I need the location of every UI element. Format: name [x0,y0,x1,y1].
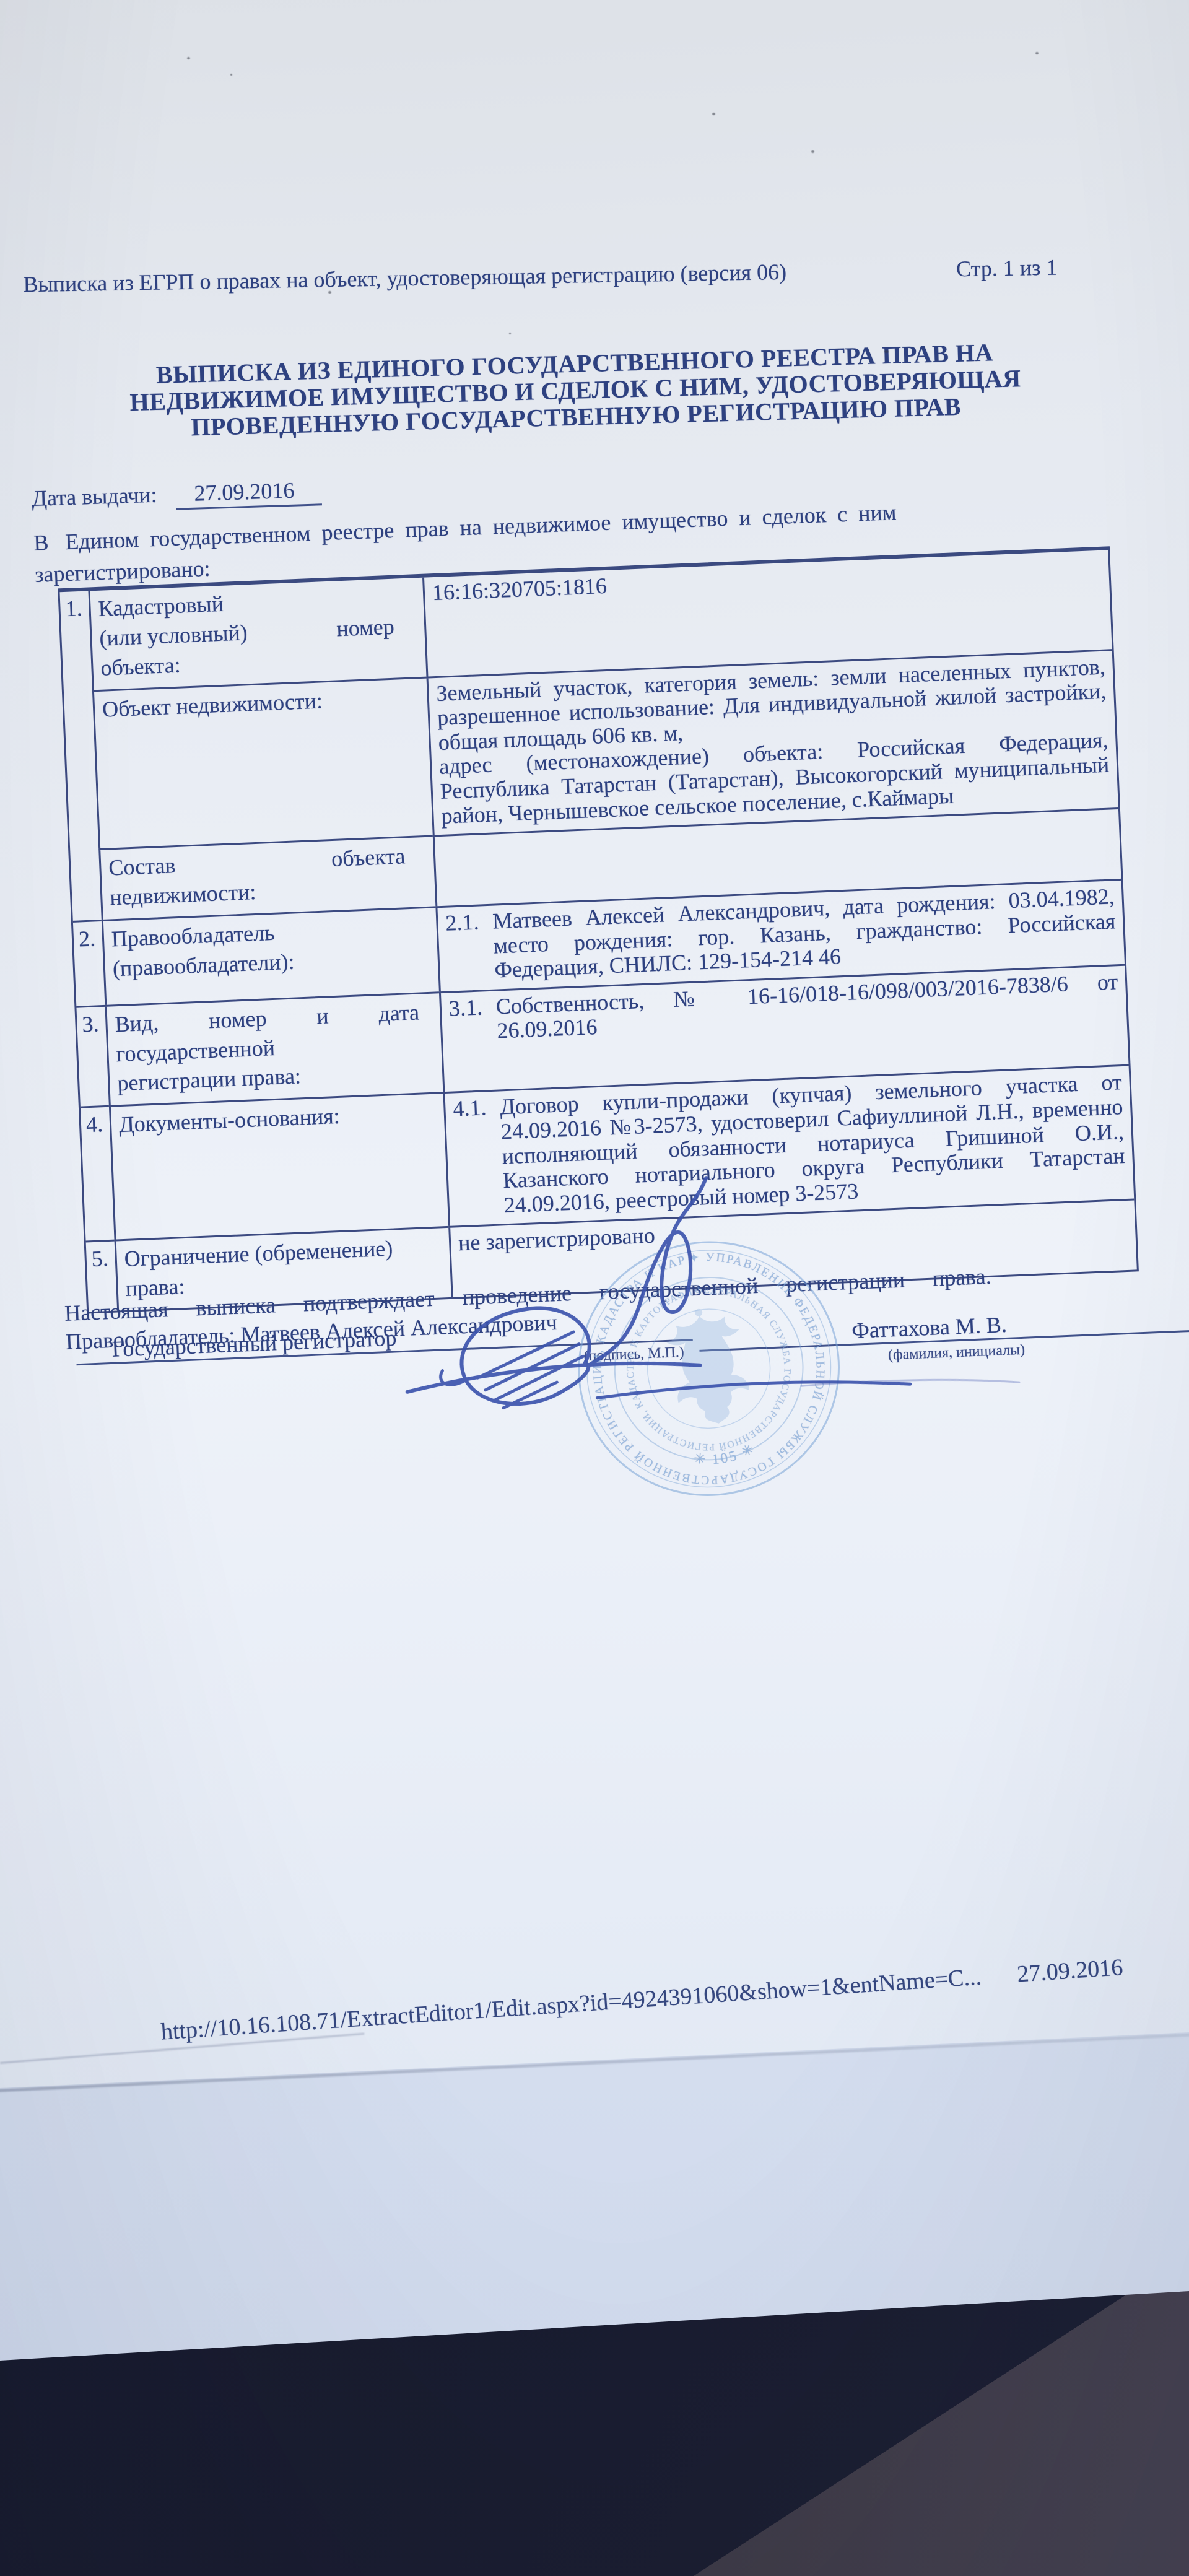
document: Выписка из ЕГРП о правах на объект, удос… [0,0,1189,2125]
footer-line: http://10.16.108.71/ExtractEditor1/Edit.… [160,1939,1189,2045]
issue-date-row: Дата выдачи:27.09.2016 [32,476,322,515]
row-value-property-object: Земельный участок, категория земель: зем… [426,649,1118,835]
photo-of-document: { "colors": { "ink": "#2e4180", "stamp_b… [0,0,1189,2576]
row-number: 3. [76,1005,108,1107]
paper-sheet: Выписка из ЕГРП о правах на объект, удос… [0,0,1189,2102]
issue-date-label: Дата выдачи: [32,482,157,511]
issue-date-value: 27.09.2016 [175,476,322,510]
dust-speck [328,291,331,294]
dust-speck [1035,52,1039,54]
page-header: Выписка из ЕГРП о правах на объект, удос… [23,255,1057,298]
footer-url: http://10.16.108.71/ExtractEditor1/Edit.… [160,1964,982,2046]
sub-number: 4.1. [453,1095,501,1122]
dust-speck [230,74,232,76]
handwritten-signature [360,1163,1027,1461]
sub-number: 2.1. [445,910,494,936]
row-label-cadastral-number: Кадастровый (или условный) номер объекта… [88,578,426,690]
row-label-object-composition: Состав объекта недвижимости: [98,835,435,920]
dust-speck [712,113,715,115]
page-indicator: Стр. 1 из 1 [956,255,1058,282]
sub-number: 3.1. [448,994,497,1021]
footer-date: 27.09.2016 [1016,1954,1124,1988]
dust-speck [187,57,190,59]
dust-speck [509,333,511,334]
dust-speck [884,350,889,353]
row-number: 2. [73,920,105,1006]
header-left-text: Выписка из ЕГРП о правах на объект, удос… [23,259,786,297]
row-label-registration-kind: Вид, номер и дата государственной регист… [105,991,443,1105]
dust-speck [811,150,814,153]
row-label-rights-holder: Правообладатель (правообладатели): [102,906,439,1004]
document-title: ВЫПИСКА ИЗ ЕДИНОГО ГОСУДАРСТВЕННОГО РЕЕС… [73,337,1078,444]
row-label-property-object: Объект недвижимости: [92,676,433,848]
